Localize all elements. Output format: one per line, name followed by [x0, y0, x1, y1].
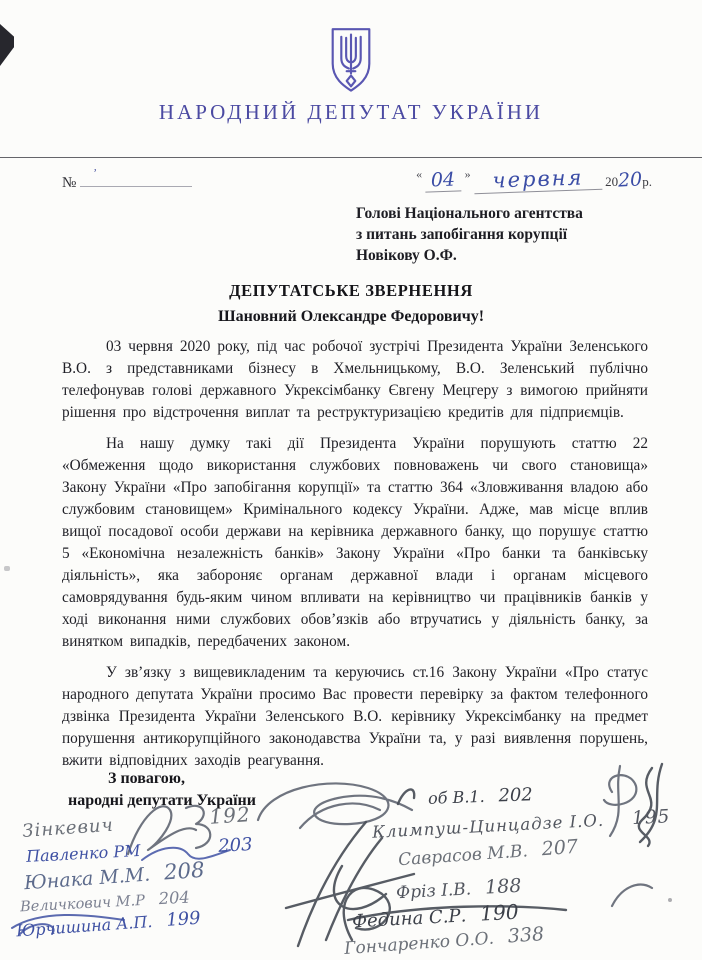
- signature-number: 338: [507, 923, 545, 947]
- ukraine-trident-icon: [325, 26, 377, 96]
- addressee-line: Новікову О.Ф.: [356, 245, 583, 266]
- signatures-area: Зінкевич192 Павленко РМ203 Юнака М.М.208…: [0, 758, 702, 960]
- number-blank: ʼ: [80, 172, 192, 187]
- scanned-letter-page: НАРОДНИЙ ДЕПУТАТ УКРАЇНИ №ʼ « 04 » червн…: [0, 0, 702, 960]
- signature-name: Фріз І.В.: [396, 879, 472, 903]
- signature-number: 199: [166, 908, 202, 931]
- year-printed: 20: [605, 174, 618, 189]
- paragraph: На нашу думку такі дії Президента Україн…: [62, 433, 648, 653]
- document-title: ДЕПУТАТСЬКЕ ЗВЕРНЕННЯ: [0, 281, 702, 301]
- addressee-line: з питань запобігання корупції: [356, 224, 583, 245]
- signature-number: 190: [480, 900, 520, 926]
- close-quote: »: [465, 167, 471, 181]
- handwritten-month: червня: [473, 165, 602, 194]
- signature-number: 207: [541, 836, 579, 860]
- addressee-line: Голові Національного агентства: [356, 203, 583, 224]
- signature-number: 195: [632, 806, 671, 829]
- letter-body: 03 червня 2020 року, під час робочої зус…: [62, 336, 648, 781]
- signature-line: об В.1.202: [428, 784, 533, 809]
- paragraph: У зв’язку з вищевикладеним та керуючись …: [62, 662, 648, 772]
- salutation: Шановний Олександре Федоровичу!: [218, 308, 484, 326]
- signature-number: 204: [158, 888, 190, 909]
- addressee-block: Голові Національного агентства з питань …: [356, 203, 583, 266]
- pen-tick: ʼ: [92, 166, 96, 181]
- scan-edge-artifact: [4, 566, 10, 571]
- number-field: №ʼ: [62, 172, 192, 192]
- divider-line: [0, 157, 702, 158]
- open-quote: «: [416, 167, 422, 181]
- signature-number: 203: [218, 834, 253, 857]
- letterhead-title: НАРОДНИЙ ДЕПУТАТ УКРАЇНИ: [0, 100, 702, 125]
- handwritten-year: 20: [618, 168, 643, 191]
- number-label: №: [62, 175, 76, 191]
- signature-number: 208: [163, 858, 205, 886]
- signature-number: 202: [498, 784, 533, 806]
- date-field: « 04 » червня 2020р.: [416, 167, 652, 192]
- handwritten-day: 04: [425, 168, 462, 192]
- signature-number: 188: [485, 875, 522, 899]
- scan-corner-artifact: [0, 24, 14, 66]
- signature-name: об В.1.: [428, 787, 485, 808]
- year-suffix: р.: [642, 174, 652, 189]
- signature-number: 192: [208, 802, 251, 829]
- reference-line: №ʼ « 04 » червня 2020р.: [62, 167, 652, 192]
- paragraph: 03 червня 2020 року, під час робочої зус…: [62, 336, 648, 424]
